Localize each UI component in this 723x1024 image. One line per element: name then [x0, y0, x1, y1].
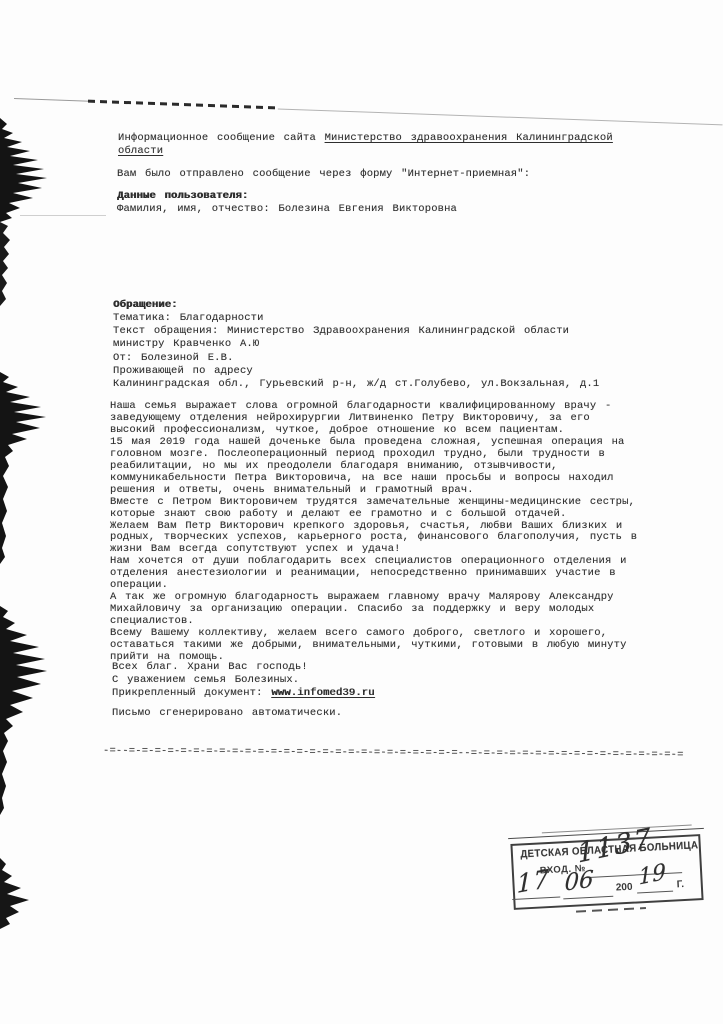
crease-thin-segment — [278, 108, 723, 125]
attachment-link: www.infomed39.ru — [271, 687, 374, 699]
appeal-label: Обращение: — [113, 299, 178, 312]
closing-lines: Всех благ. Храни Вас господь! С уважение… — [112, 661, 308, 687]
scanned-letter-page: Информационное сообщение сайта Министерс… — [0, 0, 723, 1024]
stamp-year-blank-line — [637, 891, 673, 894]
sent-via-line: Вам было отправлено сообщение через форм… — [117, 168, 530, 181]
attachment-label: Прикрепленный документ: — [112, 687, 271, 699]
auto-generated-note: Письмо сгенерировано автоматически. — [112, 707, 342, 720]
top-crease-artifact — [14, 96, 723, 127]
stamp-outer-line — [576, 907, 646, 913]
stamp-year-suffix: Г. — [676, 879, 684, 890]
header-info-prefix: Информационное сообщение сайта — [118, 132, 325, 144]
user-data-label: Данные пользователя: — [117, 190, 248, 203]
stamp-day-handwritten: 17 — [517, 864, 550, 899]
dashed-separator: -=--=-=-=-=-=-=-=-=-=-=-=-=-=-=-=-=-=-=-… — [103, 745, 684, 762]
attachment-line: Прикрепленный документ: www.infomed39.ru — [112, 687, 374, 700]
stamp-month-blank-line — [563, 896, 613, 900]
stamp-year-prefix: 200 — [616, 882, 633, 894]
stamp-year-handwritten: 19 — [638, 860, 666, 891]
header-info-line: Информационное сообщение сайта Министерс… — [118, 132, 678, 158]
crease-dashed-segment — [88, 100, 280, 110]
letter-body: Наша семья выражает слова огромной благо… — [110, 401, 710, 664]
hospital-entry-stamp: ДЕТСКАЯ ОБЛАСТНАЯ БОЛЬНИЦА ВХОД. № 1137 … — [510, 834, 703, 910]
left-edge-scan-artifacts — [0, 0, 60, 1024]
appeal-lines: Тематика: Благодарности Текст обращения:… — [113, 312, 693, 391]
stamp-month-handwritten: 06 — [564, 866, 594, 896]
stamp-number-blank-line — [586, 872, 682, 878]
full-name-line: Фамилия, имя, отчество: Болезина Евгения… — [117, 203, 457, 216]
